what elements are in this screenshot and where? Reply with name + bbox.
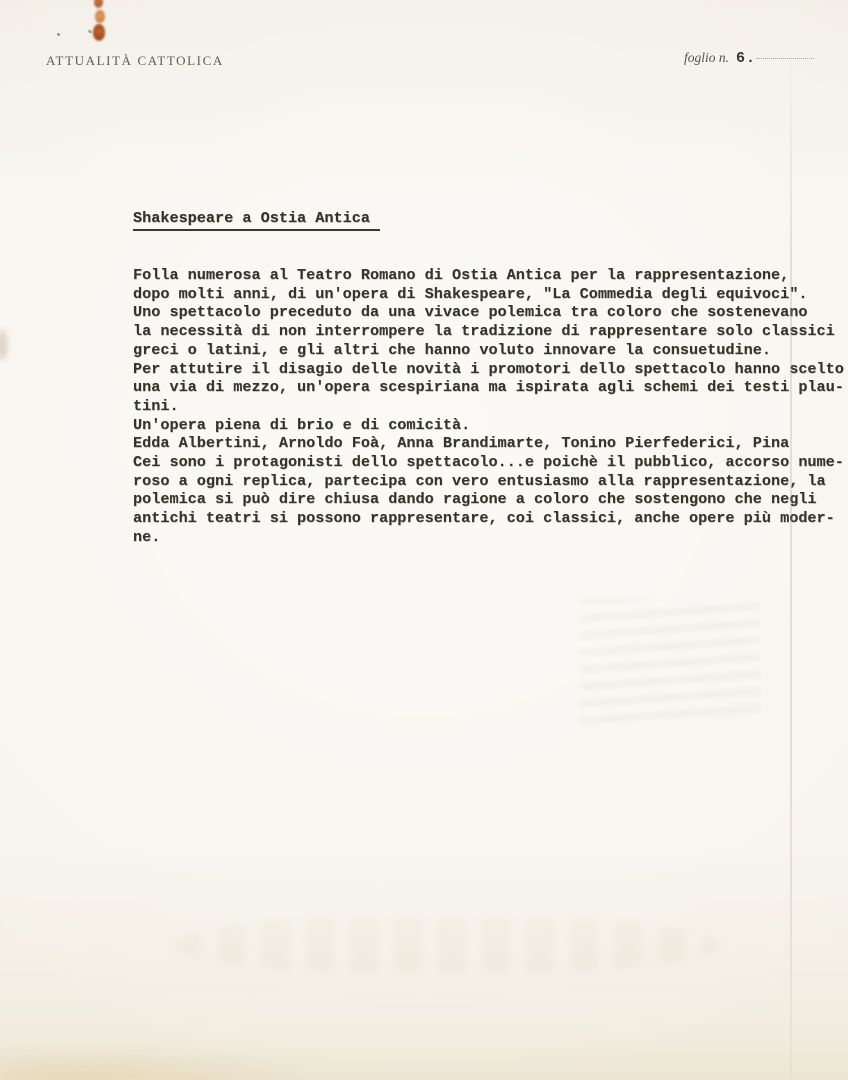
folio-dotted-line (756, 58, 814, 59)
folio-number: 6. (736, 50, 756, 67)
folio-label: foglio n. (684, 50, 729, 66)
ink-speck (88, 29, 93, 34)
bleedthrough-ghost-left-edge (0, 330, 8, 360)
article-title: Shakespeare a Ostia Antica (133, 209, 380, 231)
publication-name: ATTUALITÀ CATTOLICA (46, 53, 224, 69)
bleedthrough-ghost-right (580, 598, 760, 723)
rust-stain (86, 0, 112, 48)
ink-speck (57, 33, 60, 36)
paper-fold-line (790, 55, 792, 1080)
scanned-document-page: ATTUALITÀ CATTOLICA foglio n. 6. Shakesp… (0, 0, 848, 1080)
folio-field: foglio n. 6. (684, 50, 814, 67)
page-header: ATTUALITÀ CATTOLICA foglio n. 6. (0, 50, 848, 74)
article-body-text: Folla numerosa al Teatro Romano di Ostia… (133, 266, 833, 547)
bleedthrough-ghost-bottom (0, 1042, 330, 1080)
bleedthrough-ghost-center (175, 918, 720, 973)
